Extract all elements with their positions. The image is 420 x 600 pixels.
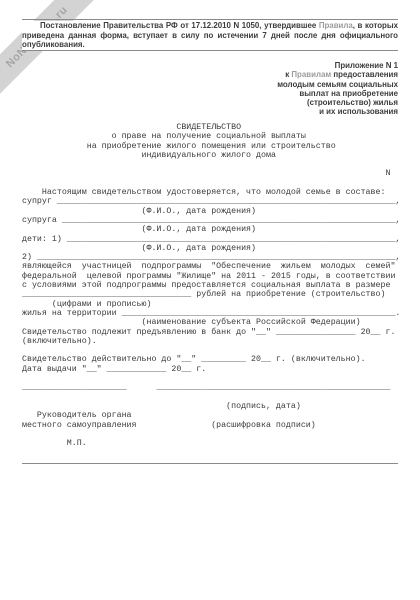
appendix-line-text: предоставления: [331, 70, 398, 79]
certificate-form-text: СВИДЕТЕЛЬСТВО о праве на получение социа…: [22, 123, 400, 448]
document-page: NoN.ru Постановление Правительства РФ от…: [0, 0, 420, 600]
regulation-note: Постановление Правительства РФ от 17.12.…: [22, 21, 398, 50]
top-divider: [22, 19, 398, 20]
appendix-line: выплат на приобретение: [277, 89, 398, 98]
appendix-line: к Правилам предоставления: [277, 70, 398, 79]
appendix-line: молодым семьям социальных: [277, 80, 398, 89]
bottom-divider: [22, 463, 398, 464]
appendix-reference: Приложение N 1 к Правилам предоставления…: [277, 61, 398, 117]
regulation-note-text: Постановление Правительства РФ от 17.12.…: [40, 21, 319, 30]
note-bottom-divider: [22, 50, 398, 51]
regulation-note-link[interactable]: Правила: [319, 21, 353, 30]
appendix-line: (строительство) жилья: [277, 98, 398, 107]
appendix-line: Приложение N 1: [277, 61, 398, 70]
appendix-line: и их использования: [277, 107, 398, 116]
corner-watermark: NoN.ru: [0, 0, 107, 107]
appendix-rules-link[interactable]: Правилам: [291, 70, 331, 79]
